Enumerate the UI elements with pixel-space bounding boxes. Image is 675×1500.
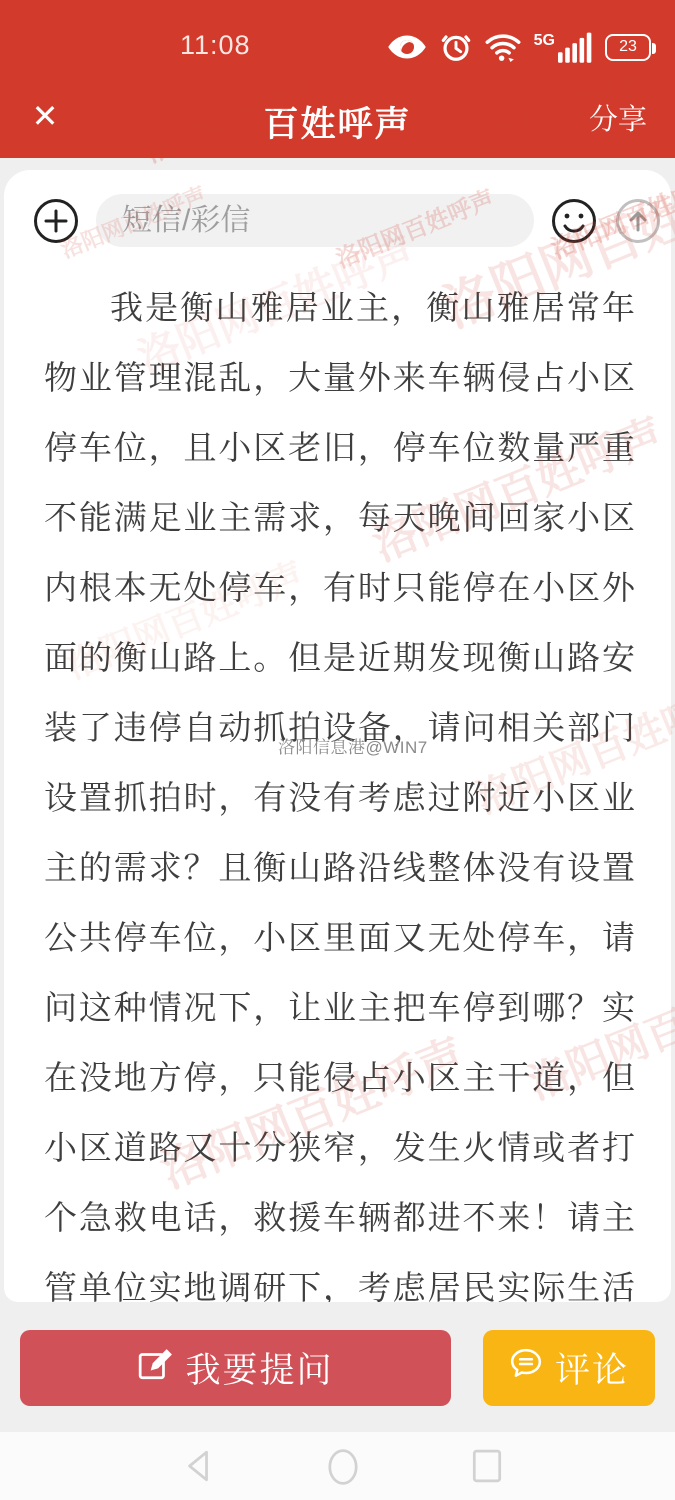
close-icon[interactable]: ✕ [20,91,70,141]
share-button[interactable]: 分享 [589,97,647,138]
emoji-icon[interactable] [550,197,598,245]
android-recents-icon[interactable] [472,1448,502,1484]
comment-label: 评论 [555,1343,629,1393]
signal-icon: 5G [534,31,592,63]
article-body: 我是衡山雅居业主，衡山雅居常年物业管理混乱，大量外来车辆侵占小区停车位，且小区老… [4,247,671,1302]
status-icons: 5G 23 [387,28,651,66]
message-composer [4,170,671,247]
battery-percent: 23 [619,38,637,56]
nav-bar: ✕ 百姓呼声 分享 [0,85,675,158]
ask-question-label: 我要提问 [185,1343,333,1393]
network-type-label: 5G [534,33,555,49]
article-text: 我是衡山雅居业主，衡山雅居常年物业管理混乱，大量外来车辆侵占小区停车位，且小区老… [44,273,635,1302]
alarm-icon [440,31,472,63]
action-bar: 我要提问 评论 [0,1302,675,1432]
eye-protection-icon [387,34,427,60]
battery-icon: 23 [605,34,651,61]
ask-question-button[interactable]: 我要提问 [20,1330,451,1406]
page-title: 百姓呼声 [0,97,675,147]
message-input[interactable] [96,194,534,247]
status-bar: 11:08 5G 23 [0,0,675,85]
android-back-icon[interactable] [180,1448,214,1484]
clock-time: 11:08 [180,30,251,61]
app-screen: 11:08 5G 23 ✕ [0,0,675,1500]
wifi-icon [485,32,521,62]
android-nav-bar [0,1432,675,1500]
android-home-icon[interactable] [327,1448,359,1486]
content-sheet: 我是衡山雅居业主，衡山雅居常年物业管理混乱，大量外来车辆侵占小区停车位，且小区老… [4,170,671,1302]
edit-icon [137,1346,173,1391]
comment-bubble-icon [509,1347,543,1390]
header: 11:08 5G 23 ✕ [0,0,675,158]
plus-icon[interactable] [32,197,80,245]
comment-button[interactable]: 评论 [483,1330,655,1406]
send-arrow-icon[interactable] [614,197,662,245]
